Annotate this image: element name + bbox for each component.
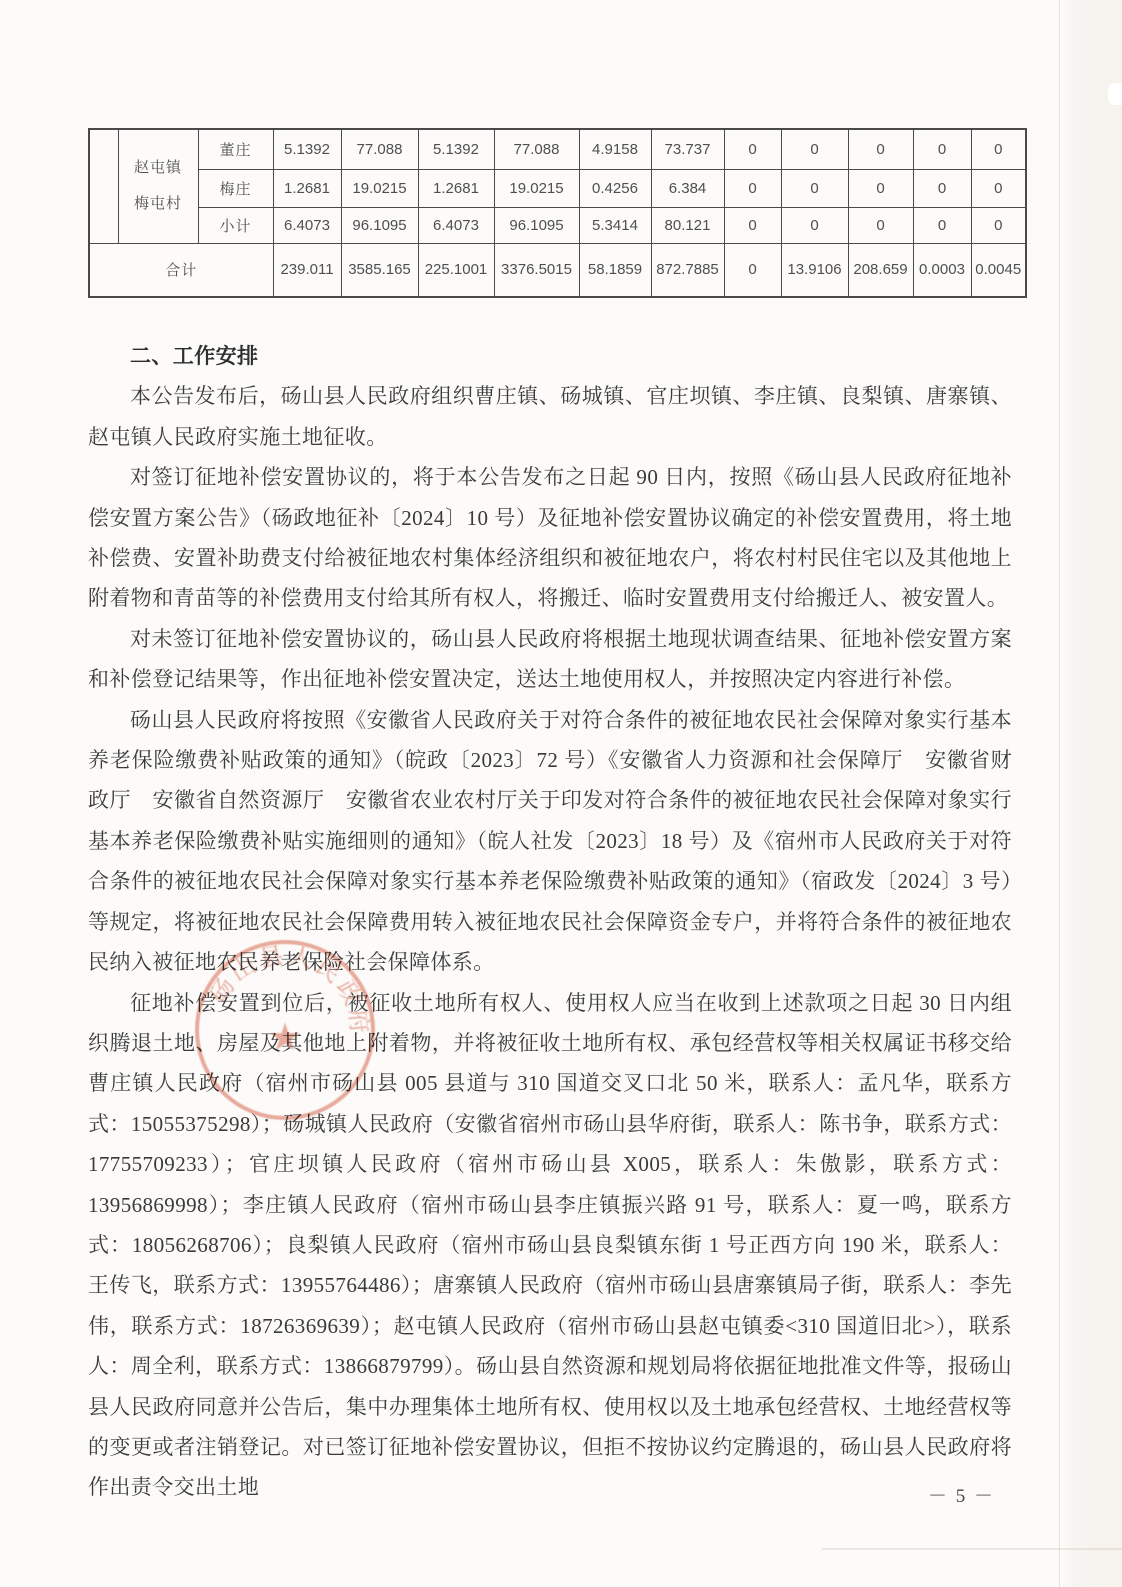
table-cell-group-name: 董庄 — [198, 129, 273, 169]
table-cell-value: 0 — [724, 207, 781, 243]
document-page: 赵屯镇 梅屯村 董庄 5.1392 77.088 5.1392 77.088 4… — [0, 0, 1122, 1587]
table-cell-value: 0 — [781, 129, 848, 169]
region-village: 梅屯村 — [119, 186, 198, 222]
table-cell-total-value: 58.1859 — [579, 243, 651, 297]
table-cell-total-value: 0 — [724, 243, 781, 297]
compensation-table: 赵屯镇 梅屯村 董庄 5.1392 77.088 5.1392 77.088 4… — [88, 128, 1027, 298]
table-cell-group-name: 小计 — [198, 207, 273, 243]
table-cell-total-value: 872.7885 — [651, 243, 724, 297]
table-cell-value: 0 — [971, 169, 1026, 207]
table-cell-value: 96.1095 — [494, 207, 579, 243]
paper-edge — [1059, 0, 1122, 1587]
seal-star-icon: ★ — [268, 1017, 302, 1059]
table-cell-group-name: 梅庄 — [198, 169, 273, 207]
table-cell-value: 77.088 — [494, 129, 579, 169]
table-cell-value: 0 — [971, 129, 1026, 169]
table-cell-value: 5.1392 — [273, 129, 341, 169]
table-cell-value: 0 — [913, 207, 971, 243]
table-cell-total-value: 3585.165 — [341, 243, 418, 297]
table-cell-total-value: 3376.5015 — [494, 243, 579, 297]
table-cell-value: 0.4256 — [579, 169, 651, 207]
region-town: 赵屯镇 — [119, 150, 198, 186]
table-cell-value: 0 — [913, 169, 971, 207]
table-cell-value: 19.0215 — [494, 169, 579, 207]
paragraph-unsigned-agreements: 对未签订征地补偿安置协议的，砀山县人民政府将根据土地现状调查结果、征地补偿安置方… — [88, 619, 1012, 700]
table-cell-value: 0 — [971, 207, 1026, 243]
paper-crease — [822, 1548, 1122, 1550]
table-cell-value: 4.9158 — [579, 129, 651, 169]
table-cell-total-value: 208.659 — [848, 243, 913, 297]
table-cell-value: 5.3414 — [579, 207, 651, 243]
table-cell-value: 19.0215 — [341, 169, 418, 207]
table-cell-value: 1.2681 — [418, 169, 494, 207]
table-cell-index-empty — [89, 129, 118, 243]
table-cell-value: 0 — [724, 169, 781, 207]
table-cell-value: 0 — [913, 129, 971, 169]
table-cell-value: 0 — [724, 129, 781, 169]
section-heading: 二、工作安排 — [88, 336, 1012, 376]
table-cell-value: 0 — [781, 207, 848, 243]
table-cell-value: 73.737 — [651, 129, 724, 169]
table-cell-value: 0 — [848, 169, 913, 207]
table-cell-value: 5.1392 — [418, 129, 494, 169]
table-cell-value: 0 — [848, 207, 913, 243]
official-seal: 砀山县人民政府 ★ — [185, 930, 385, 1130]
table-cell-total-value: 225.1001 — [418, 243, 494, 297]
table-cell-value: 77.088 — [341, 129, 418, 169]
page-number: － 5 － — [928, 1481, 1048, 1508]
table-cell-total-value: 13.9106 — [781, 243, 848, 297]
table-cell-value: 0 — [848, 129, 913, 169]
table-cell-value: 0 — [781, 169, 848, 207]
paper-notch — [1108, 83, 1122, 105]
table-cell-value: 1.2681 — [273, 169, 341, 207]
paragraph-implementation: 本公告发布后，砀山县人民政府组织曹庄镇、砀城镇、官庄坝镇、李庄镇、良梨镇、唐寨镇… — [88, 376, 1012, 457]
table-cell-region: 赵屯镇 梅屯村 — [118, 129, 198, 243]
paragraph-signed-agreements: 对签订征地补偿安置协议的，将于本公告发布之日起 90 日内，按照《砀山县人民政府… — [88, 457, 1012, 619]
announcement-body: 二、工作安排 本公告发布后，砀山县人民政府组织曹庄镇、砀城镇、官庄坝镇、李庄镇、… — [88, 336, 1012, 1508]
table-cell-total-value: 0.0045 — [971, 243, 1026, 297]
table-cell-value: 80.121 — [651, 207, 724, 243]
table-cell-value: 6.4073 — [273, 207, 341, 243]
table-cell-value: 6.384 — [651, 169, 724, 207]
table-cell-total-value: 0.0003 — [913, 243, 971, 297]
table-cell-value: 96.1095 — [341, 207, 418, 243]
table-cell-total-value: 239.011 — [273, 243, 341, 297]
table-cell-total-label: 合计 — [89, 243, 273, 297]
table-cell-value: 6.4073 — [418, 207, 494, 243]
